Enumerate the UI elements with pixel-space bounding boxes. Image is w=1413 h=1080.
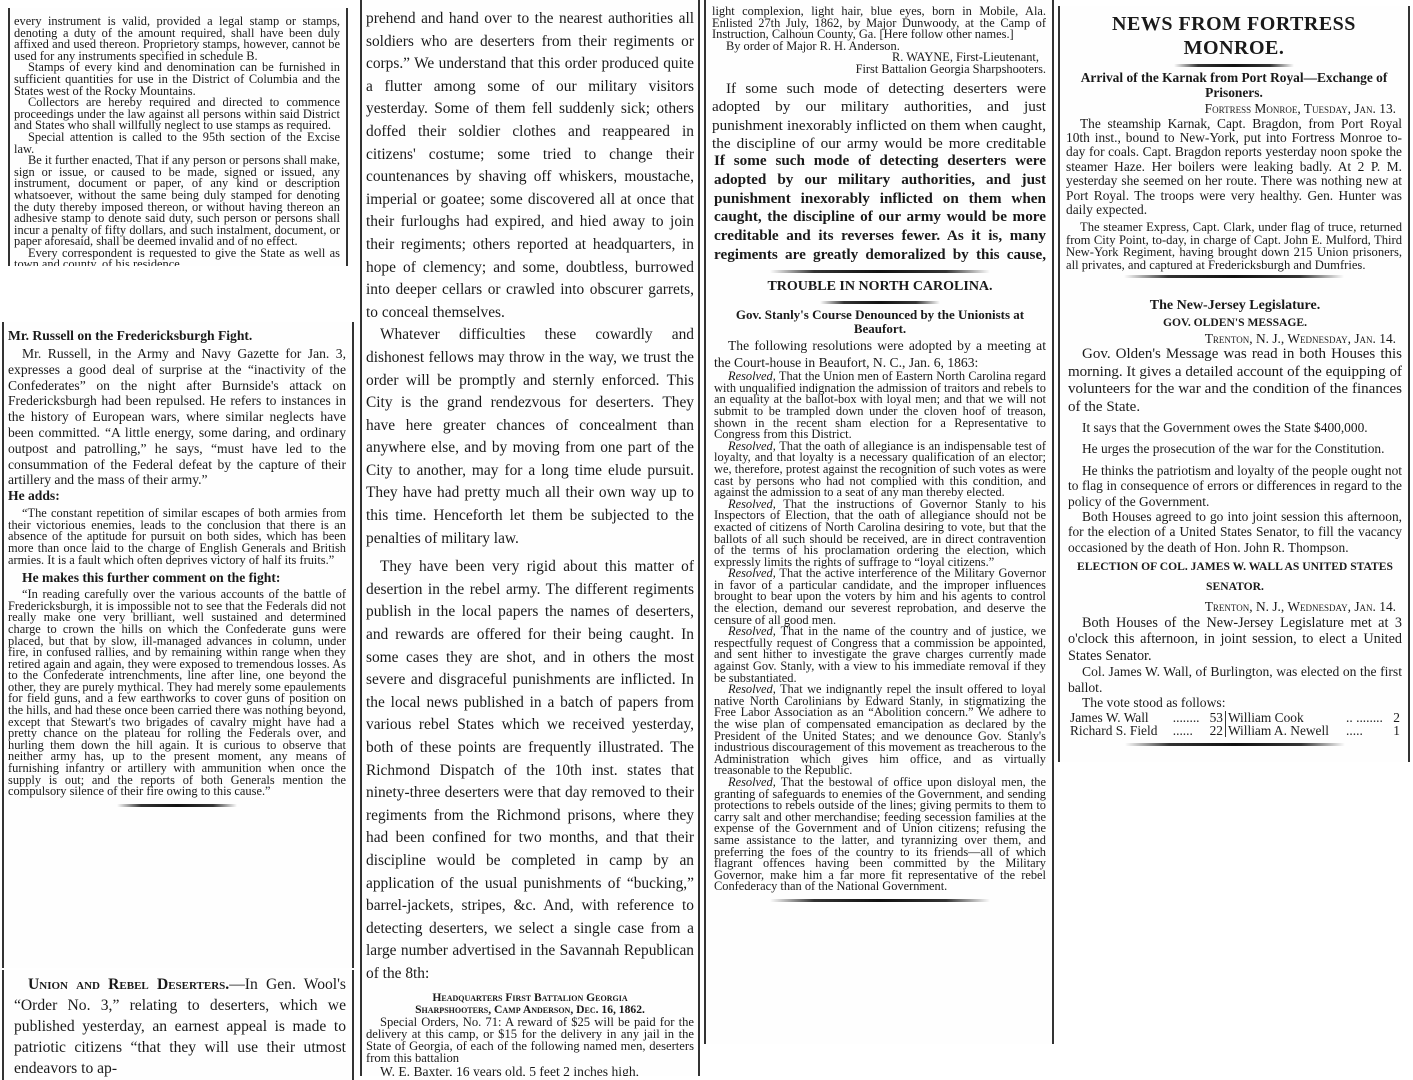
paragraph: He urges the prosecution of the war for … xyxy=(1068,441,1402,456)
divider-rule xyxy=(1174,64,1294,67)
clipping-trouble-north-carolina: TROUBLE IN NORTH CAROLINA. Gov. Stanly's… xyxy=(704,264,1054,1044)
paragraph: He thinks the patriotism and loyalty of … xyxy=(1068,463,1402,509)
paragraph: Stamps of every kind and denomination ca… xyxy=(14,62,340,97)
vote-table: James W. Wall ........ 53 William Cook .… xyxy=(1068,711,1402,737)
leader-dots: ........ xyxy=(1171,711,1206,724)
article-headline: Mr. Russell on the Fredericksburgh Fight… xyxy=(8,328,346,344)
resolution: That the instructions of Governor Stanly… xyxy=(714,497,1046,569)
vote-count: 1 xyxy=(1390,724,1402,737)
divider-rule xyxy=(770,270,990,273)
resolution: That we indignantly repel the insult off… xyxy=(714,682,1046,777)
vote-count: 53 xyxy=(1205,711,1225,724)
article-subhead: Arrival of the Karnak from Port Royal—Ex… xyxy=(1066,71,1402,100)
table-row: James W. Wall ........ 53 William Cook .… xyxy=(1068,711,1402,724)
article-headline: NEWS FROM FORTRESS MONROE. xyxy=(1066,12,1402,60)
paragraph: Both Houses of the New-Jersey Legislatur… xyxy=(1068,615,1402,665)
clipping-fortress-monroe: NEWS FROM FORTRESS MONROE. Arrival of th… xyxy=(1058,6,1410,292)
paragraph: Whatever difficulties these cowardly and… xyxy=(366,324,694,550)
dateline: Fortress Monroe, Tuesday, Jan. 13. xyxy=(1066,102,1402,116)
paragraph: Every correspondent is requested to give… xyxy=(14,248,340,266)
special-order-text: Special Orders, No. 71: A reward of $25 … xyxy=(366,1016,694,1064)
paragraph: every instrument is valid, provided a le… xyxy=(14,16,340,62)
vote-count: 22 xyxy=(1205,724,1225,737)
clipping-new-jersey-legislature: The New-Jersey Legislature. GOV. OLDEN'S… xyxy=(1058,292,1410,762)
paragraph: Be it further enacted, That if any perso… xyxy=(14,155,340,248)
paragraph: Collectors are hereby required and direc… xyxy=(14,97,340,132)
article-subhead: GOV. OLDEN'S MESSAGE. xyxy=(1068,316,1402,329)
paragraph: light complexion, light hair, blue eyes,… xyxy=(712,6,1046,41)
leader-dots: ..... xyxy=(1344,724,1390,737)
dateline: Trenton, N. J., Wednesday, Jan. 14. xyxy=(1068,331,1402,346)
vote-count: 2 xyxy=(1390,711,1402,724)
clipping-order-continued: light complexion, light hair, blue eyes,… xyxy=(704,0,1054,152)
candidate-name: William A. Newell xyxy=(1225,724,1344,737)
divider-rule xyxy=(820,301,940,304)
paragraph: prehend and hand over to the nearest aut… xyxy=(366,8,694,324)
divider-rule xyxy=(117,804,237,807)
paragraph: Both Houses agreed to go into joint sess… xyxy=(1068,509,1402,555)
clipping-union-rebel-deserters: Union and Rebel Deserters.—In Gen. Wool'… xyxy=(2,970,354,1080)
paragraph-continued: If some such mode of detecting deserters… xyxy=(714,152,1046,264)
paragraph: He adds: xyxy=(8,488,346,504)
clipping-stamps-notice: every instrument is valid, provided a le… xyxy=(8,8,348,266)
signed-unit: First Battalion Georgia Sharpshooters. xyxy=(712,64,1046,76)
paragraph: It says that the Government owes the Sta… xyxy=(1068,420,1402,435)
article-headline: TROUBLE IN NORTH CAROLINA. xyxy=(714,277,1046,297)
deserter-entry: W. E. Baxter, 16 years old, 5 feet 2 inc… xyxy=(366,1064,694,1076)
paragraph: The steamship Karnak, Capt. Bragdon, fro… xyxy=(1066,117,1402,218)
paragraph: The vote stood as follows: xyxy=(1068,695,1402,710)
clipping-deserters-continued: prehend and hand over to the nearest aut… xyxy=(360,0,700,1076)
article-lead: Union and Rebel Deserters. xyxy=(28,976,229,993)
leader-dots: .. ........ xyxy=(1344,711,1390,724)
dateline: Trenton, N. J., Wednesday, Jan. 14. xyxy=(1068,599,1402,614)
paragraph: They have been very rigid about this mat… xyxy=(366,556,694,985)
clipping-russell-fredericksburgh: Mr. Russell on the Fredericksburgh Fight… xyxy=(2,322,354,968)
divider-rule xyxy=(1125,743,1345,746)
order-header-line: Headquarters First Battalion Georgia xyxy=(366,992,694,1004)
resolutions-list: Resolved, That the Union men of Eastern … xyxy=(714,371,1046,893)
article-subhead: Gov. Stanly's Course Denounced by the Un… xyxy=(714,308,1046,336)
article-headline: The New-Jersey Legislature. xyxy=(1068,298,1402,314)
paragraph: The steamer Express, Capt. Clark, under … xyxy=(1066,221,1402,271)
order-header-line: Sharpshooters, Camp Anderson, Dec. 16, 1… xyxy=(366,1004,694,1016)
block-quote: “The constant repetition of similar esca… xyxy=(8,508,346,566)
paragraph: Mr. Russell, in the Army and Navy Gazett… xyxy=(8,346,346,488)
clipping-closing-continued: If some such mode of detecting deserters… xyxy=(704,152,1054,264)
election-headline: ELECTION OF COL. JAMES W. WALL AS UNITED… xyxy=(1068,557,1402,597)
paragraph: Special attention is called to the 95th … xyxy=(14,132,340,155)
divider-rule xyxy=(770,899,990,902)
candidate-name: Richard S. Field xyxy=(1068,724,1171,737)
divider-rule xyxy=(1124,275,1344,278)
closing-paragraph: If some such mode of detecting deserters… xyxy=(712,80,1046,152)
table-row: Richard S. Field ...... 22 William A. Ne… xyxy=(1068,724,1402,737)
paragraph: The following resolutions were adopted b… xyxy=(714,338,1046,371)
leader-dots: ...... xyxy=(1171,724,1206,737)
candidate-name: James W. Wall xyxy=(1068,711,1171,724)
paragraph: He makes this further comment on the fig… xyxy=(8,570,346,585)
block-quote: “In reading carefully over the various a… xyxy=(8,589,346,798)
resolution: That the bestowal of office upon disloya… xyxy=(714,775,1046,893)
candidate-name: William Cook xyxy=(1225,711,1344,724)
paragraph: Gov. Olden's Message was read in both Ho… xyxy=(1068,346,1402,416)
paragraph: Col. James W. Wall, of Burlington, was e… xyxy=(1068,664,1402,695)
resolution: That the Union men of Eastern North Caro… xyxy=(714,369,1046,441)
